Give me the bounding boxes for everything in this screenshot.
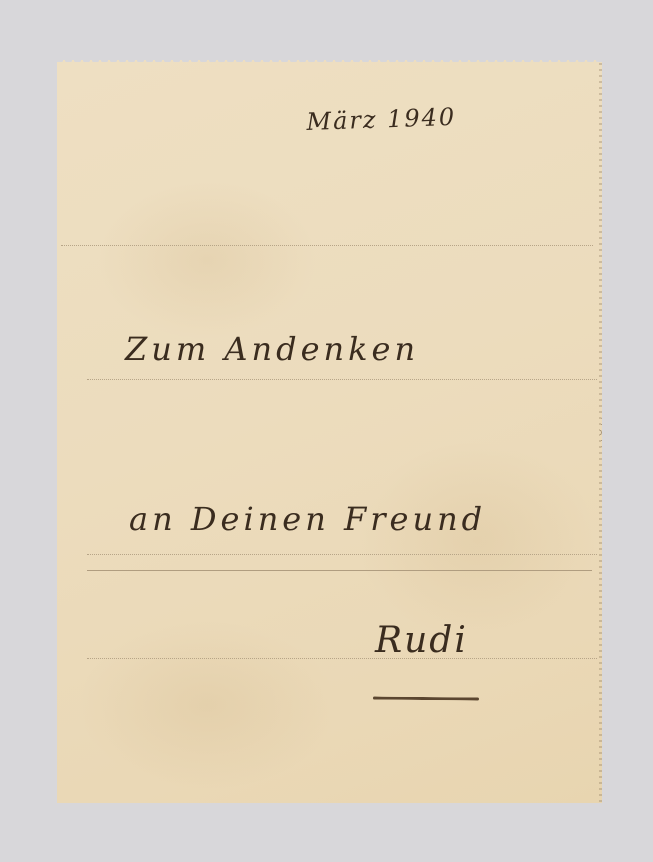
solid-rule (87, 570, 592, 571)
dotted-rule (87, 554, 597, 555)
card-edge-bottom (57, 802, 602, 806)
handwritten-signature: Rudi (375, 620, 468, 661)
paper-stain (97, 180, 317, 340)
dotted-rule (61, 245, 593, 246)
photo-card-back: März 1940 Zum Andenken an Deinen Freund … (57, 60, 602, 805)
handwritten-line-1: Zum Andenken (125, 330, 419, 368)
signature-underline (373, 697, 479, 701)
dotted-rule (87, 658, 597, 659)
card-edge-left (56, 60, 59, 805)
paper-stain (357, 440, 597, 640)
handwritten-line-2: an Deinen Freund (129, 500, 486, 538)
card-edge-top (57, 59, 602, 63)
card-edge-right (599, 60, 604, 805)
paper-stain (77, 620, 337, 790)
handwritten-date: März 1940 (306, 103, 457, 136)
dotted-rule (87, 379, 597, 380)
